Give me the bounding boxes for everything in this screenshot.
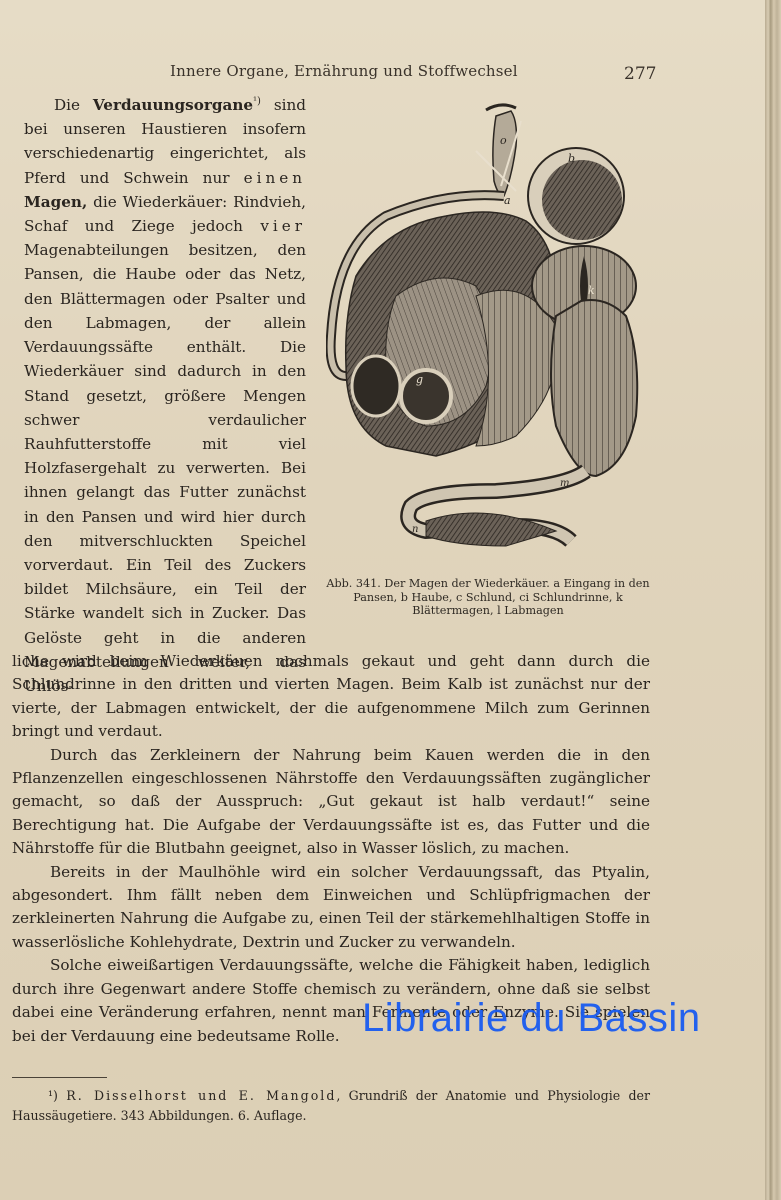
book-page: Innere Organe, Ernährung und Stoffwechse… — [0, 0, 765, 1200]
page-number: 277 — [624, 64, 656, 84]
intro-text: Magenabteilungen besitzen, den Pansen, d… — [24, 241, 306, 695]
footnote-marker: ¹) — [48, 1088, 66, 1103]
figure-label-b: b — [568, 152, 575, 165]
footnote-reference[interactable]: ¹) — [253, 96, 261, 107]
term-verdauungsorgane: Verdauungsorgane — [93, 96, 253, 114]
intro-paragraph-column: Die Verdauungsorgane¹) sind bei unseren … — [24, 90, 306, 698]
figure-label-g: g — [416, 373, 423, 386]
figure-caption: Abb. 341. Der Magen der Wiederkäuer. a E… — [320, 577, 656, 618]
intro-lead: Die — [54, 96, 93, 114]
intro-paragraph: Die Verdauungsorgane¹) sind bei unseren … — [24, 90, 306, 698]
paragraph-chewing: Durch das Zerkleinern der Nahrung beim K… — [12, 744, 650, 861]
figure-label-m: m — [560, 478, 569, 489]
figure-label-k: k — [588, 284, 595, 297]
main-text: liche wird beim Wiederkäuen nochmals gek… — [12, 650, 650, 1048]
running-title: Innere Organe, Ernährung und Stoffwechse… — [170, 62, 550, 80]
paragraph-ptyalin: Bereits in der Maulhöhle wird ein solche… — [12, 861, 650, 955]
figure-label-o: o — [500, 134, 507, 147]
footnote-text: ¹) R. Disselhorst und E. Mangold, Grundr… — [12, 1086, 650, 1126]
footnote: ¹) R. Disselhorst und E. Mangold, Grundr… — [12, 1086, 650, 1126]
emphasis-einen: einen — [244, 169, 306, 187]
emphasis-vier: vier — [260, 217, 306, 235]
paragraph-continuation: liche wird beim Wiederkäuen nochmals gek… — [12, 650, 650, 744]
term-magen: Magen, — [24, 193, 87, 211]
figure-label-a: a — [504, 194, 511, 207]
footnote-authors: R. Disselhorst und E. Mangold — [66, 1088, 336, 1103]
page-edge — [765, 0, 781, 1200]
stomach-illustration: o b a k g m n — [326, 96, 644, 566]
watermark: Librairie du Bassin — [362, 996, 701, 1041]
ruminant-stomach-engraving: o b a k g m n — [326, 96, 644, 566]
figure-label-n: n — [412, 524, 418, 535]
footnote-divider — [12, 1077, 107, 1078]
